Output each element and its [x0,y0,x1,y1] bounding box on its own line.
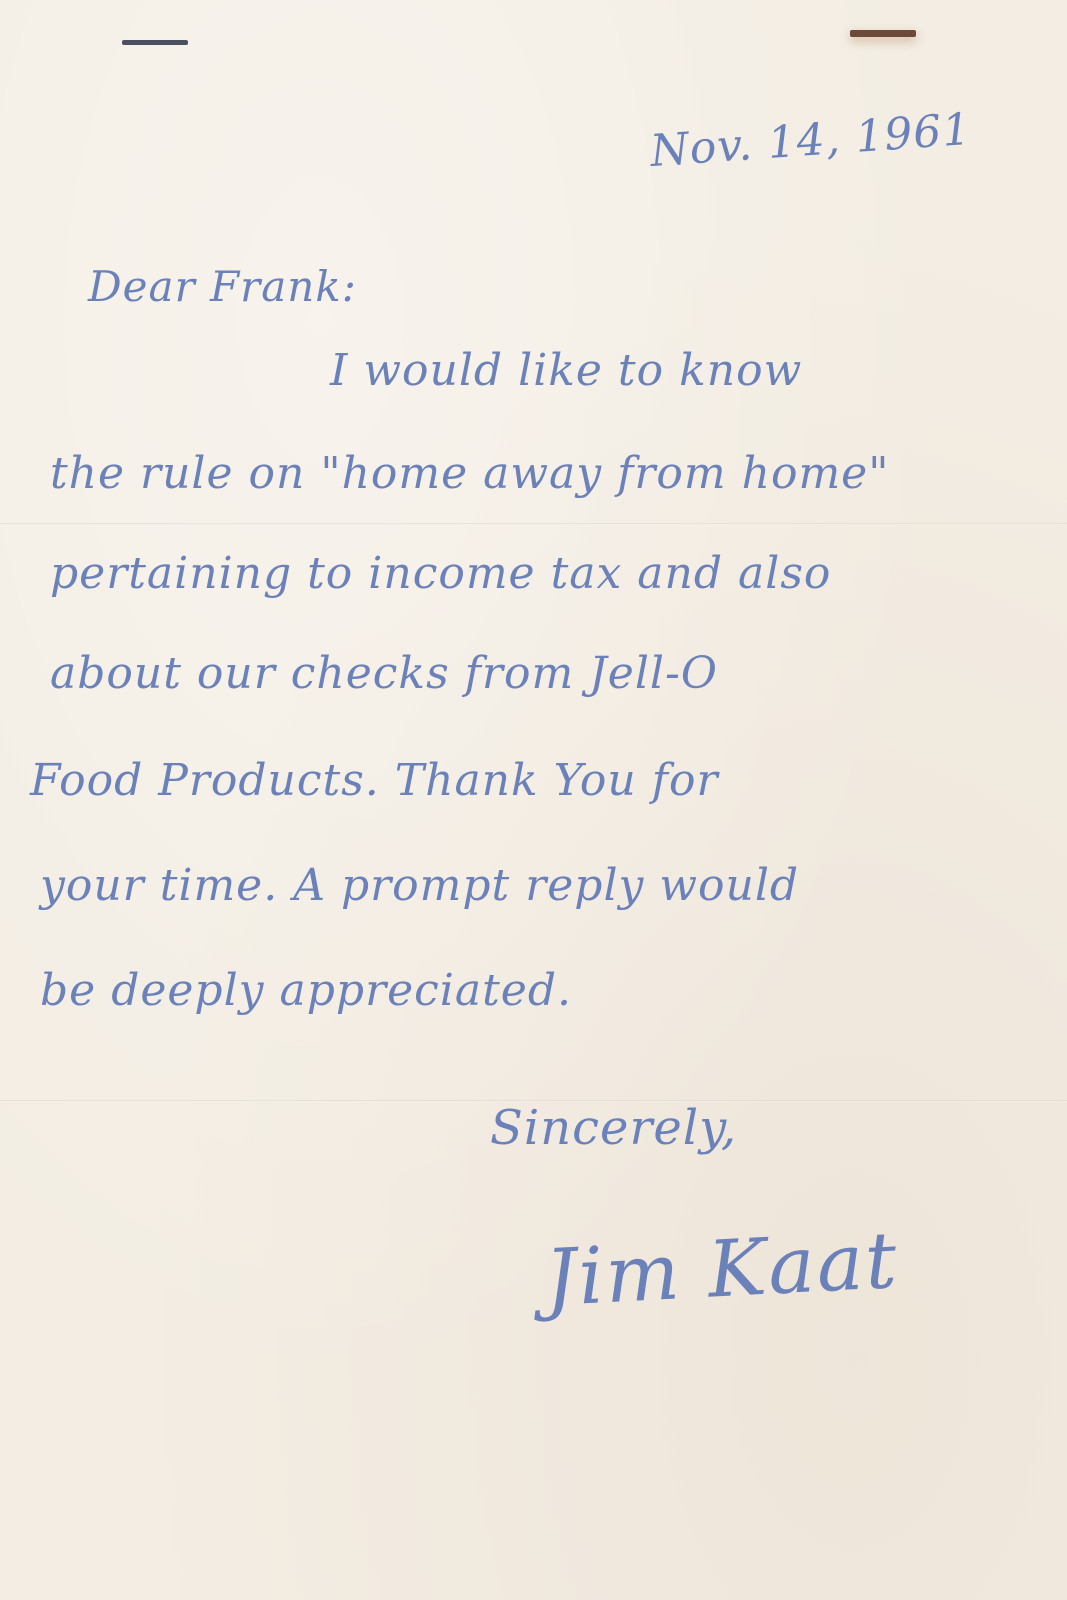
body-line: pertaining to income tax and also [50,548,831,599]
staple-mark-left [122,40,188,45]
letter-closing: Sincerely, [490,1100,737,1156]
paper-fold-upper [0,523,1067,525]
signature: Jim Kaat [543,1216,901,1324]
body-line: about our checks from Jell-O [50,648,718,699]
staple-mark-right-rusted [850,30,916,37]
body-line: I would like to know [330,345,802,396]
body-line: Food Products. Thank You for [30,755,719,806]
body-line: the rule on "home away from home" [50,448,889,499]
letter-page: Nov. 14, 1961 Dear Frank: I would like t… [0,0,1067,1600]
letter-greeting: Dear Frank: [88,262,357,311]
letter-date: Nov. 14, 1961 [649,104,973,177]
body-line: be deeply appreciated. [40,965,572,1016]
body-line: your time. A prompt reply would [40,860,799,911]
